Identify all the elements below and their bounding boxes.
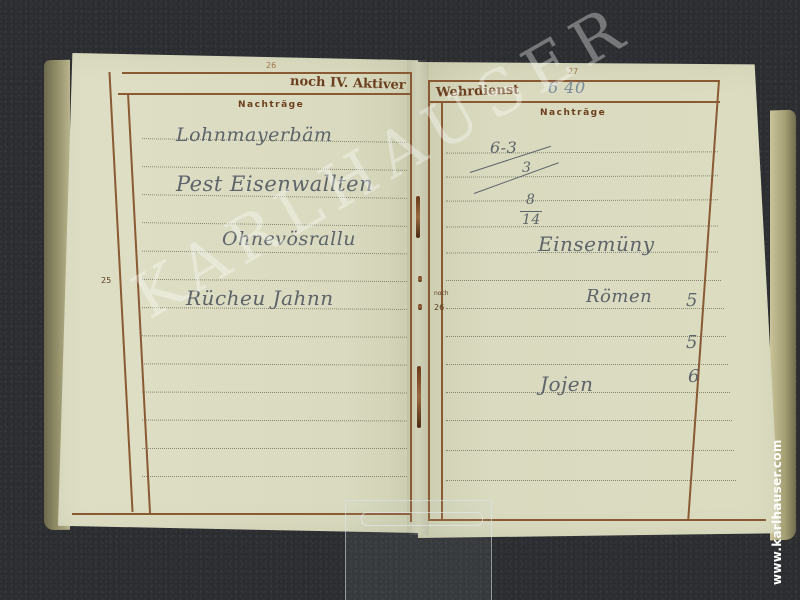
left-subheader: Nachträge: [238, 100, 304, 110]
left-margin-number: 25: [101, 276, 111, 285]
handwritten-entry: Römen: [586, 286, 652, 307]
wehrpass-booklet: 26 27 noch IV. Aktiver Wehrdienst 6 40 N…: [0, 0, 800, 600]
handwritten-entry: Lohnmayerbäm: [176, 124, 332, 146]
website-label: www.karlhauser.com: [770, 439, 784, 585]
staple-mark: [418, 304, 422, 310]
right-margin-number: 26: [434, 303, 444, 312]
staple-mark: [418, 276, 422, 282]
right-subheader: Nachträge: [540, 108, 606, 118]
handwritten-value: 6: [688, 366, 700, 387]
staple-top: [416, 196, 420, 238]
left-page-number: 26: [266, 61, 276, 70]
right-margin-label: noch: [434, 290, 449, 297]
handwritten-entry: 14: [522, 212, 541, 228]
handwritten-entry: 8: [526, 192, 535, 208]
handwritten-entry: Einsemüny: [538, 232, 655, 256]
handwritten-entry: 6-3: [490, 138, 517, 157]
handwritten-entry: 3: [522, 160, 531, 176]
left-frame-top-rule: [122, 72, 412, 74]
acrylic-display-stand: [345, 500, 492, 600]
stand-slot: [361, 512, 483, 526]
handwritten-value: 5: [686, 332, 698, 353]
staple-bottom: [417, 366, 421, 428]
handwritten-entry: Jojen: [540, 372, 593, 396]
left-header-rule: [118, 93, 412, 95]
handwritten-value: 5: [686, 290, 698, 311]
